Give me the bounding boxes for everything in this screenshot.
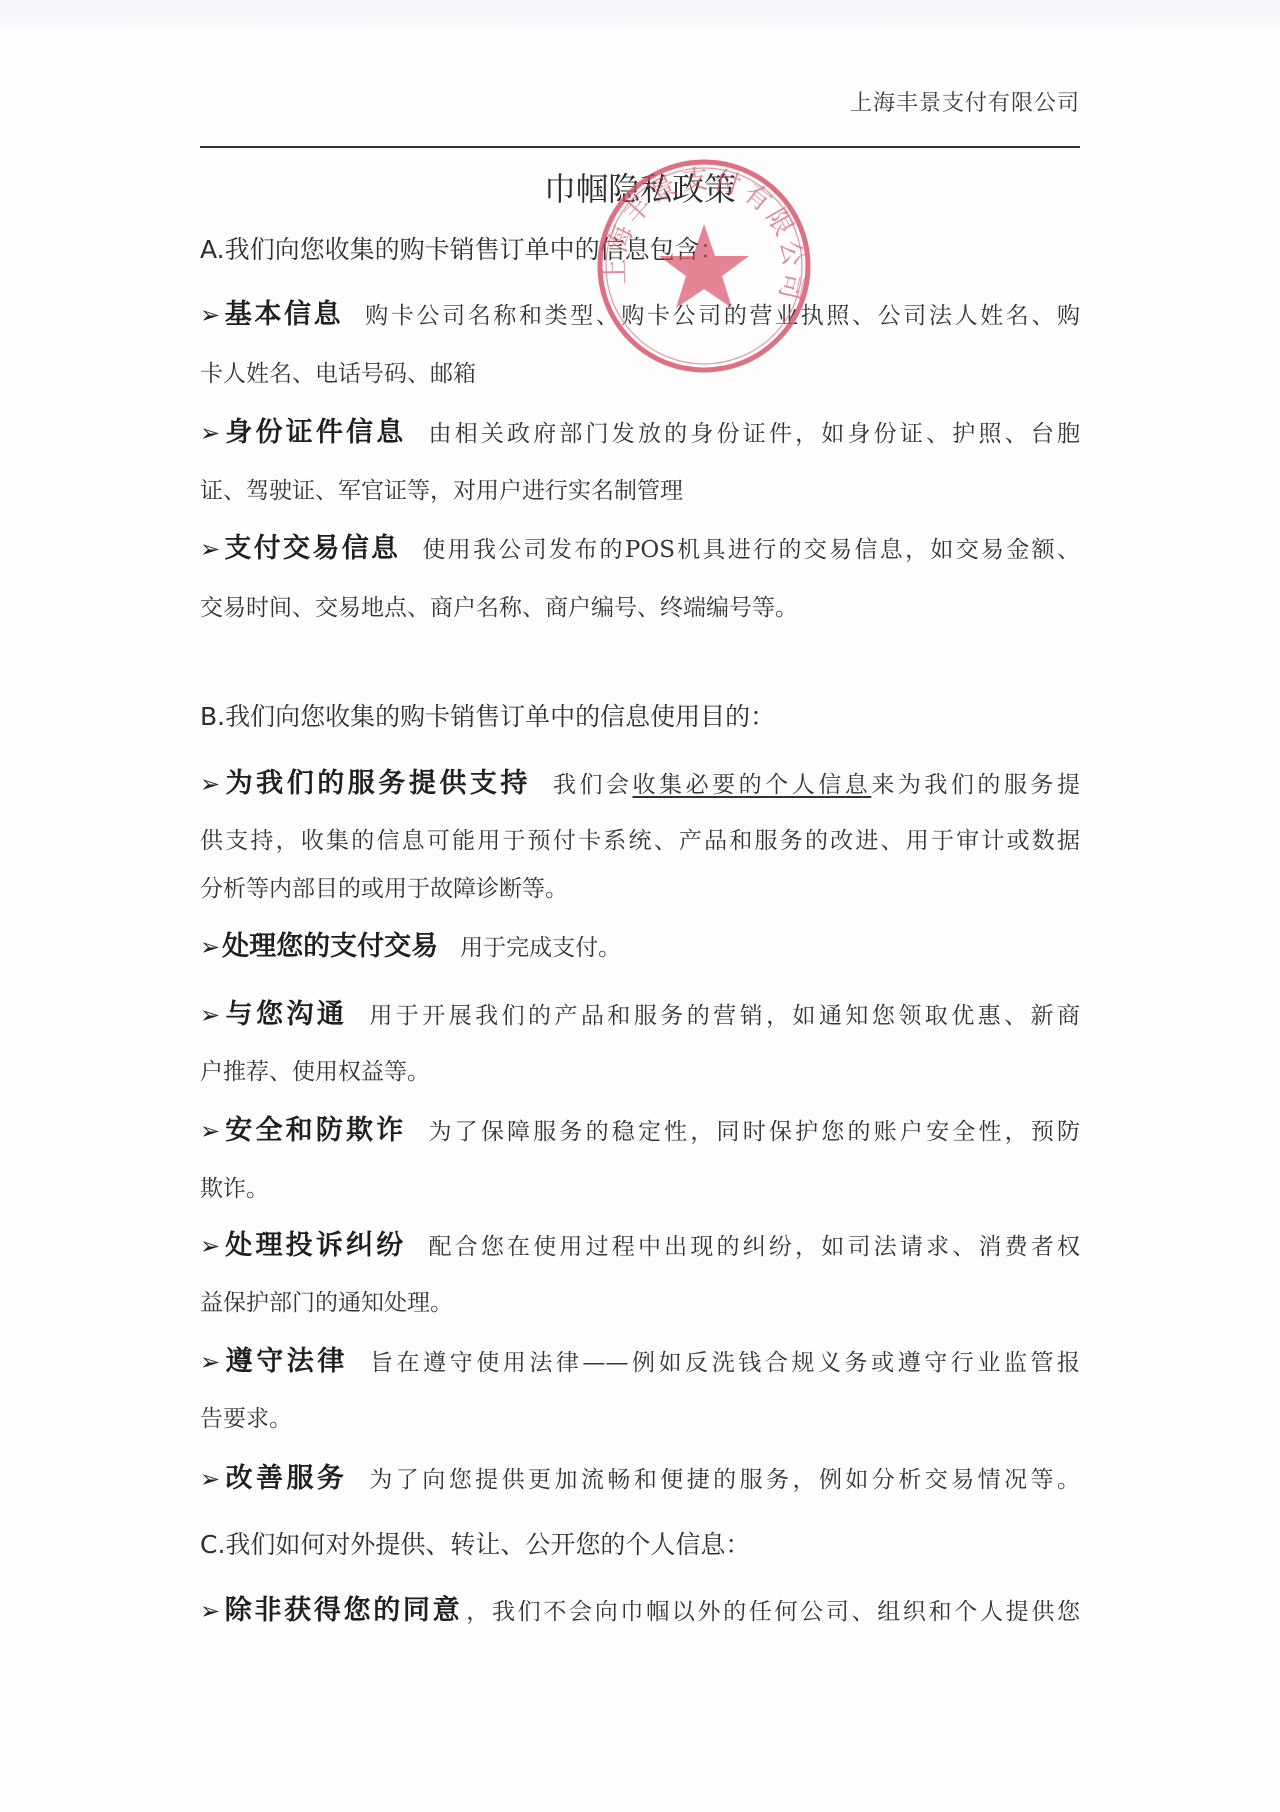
document-title: 巾帼隐私政策 xyxy=(0,164,1280,210)
arrow-bullet-icon: ➢ xyxy=(200,1232,220,1260)
list-item: ➢支付交易信息使用我公司发布的POS机具进行的交易信息，如交易金额、 xyxy=(200,531,1080,567)
item-text-continuation: 交易时间、交易地点、商户名称、商户编号、终端编号等。 xyxy=(200,590,1080,626)
section-a-heading: A.我们向您收集的购卡销售订单中的信息包含： xyxy=(200,232,1080,268)
underlined-text: 收集必要的个人信息 xyxy=(633,772,872,798)
list-item: ➢遵守法律旨在遵守使用法律——例如反洗钱合规义务或遵守行业监管报 xyxy=(200,1344,1080,1380)
item-title: 除非获得您的同意 xyxy=(222,1595,462,1626)
list-item: ➢处理投诉纠纷配合您在使用过程中出现的纠纷，如司法请求、消费者权 xyxy=(200,1228,1080,1264)
item-text: 我们会 xyxy=(553,772,633,798)
item-text: 用于完成支付。 xyxy=(460,935,621,961)
item-text: 为了保障服务的稳定性，同时保护您的账户安全性，预防 xyxy=(428,1119,1080,1145)
arrow-bullet-icon: ➢ xyxy=(200,535,220,563)
arrow-bullet-icon: ➢ xyxy=(200,1117,220,1145)
arrow-bullet-icon: ➢ xyxy=(200,419,220,447)
item-title: 处理您的支付交易 xyxy=(222,931,438,962)
list-item: ➢身份证件信息由相关政府部门发放的身份证件，如身份证、护照、台胞 xyxy=(200,415,1080,451)
list-item: ➢处理您的支付交易用于完成支付。 xyxy=(200,929,1080,965)
item-text-continuation: 卡人姓名、电话号码、邮箱 xyxy=(200,356,1080,392)
item-text: 配合您在使用过程中出现的纠纷，如司法请求、消费者权 xyxy=(428,1234,1080,1260)
item-text-continuation: 分析等内部目的或用于故障诊断等。 xyxy=(200,871,1080,907)
item-title: 基本信息 xyxy=(222,299,343,330)
list-item: ➢为我们的服务提供支持我们会收集必要的个人信息来为我们的服务提 xyxy=(200,766,1080,802)
list-item: ➢基本信息购卡公司名称和类型、购卡公司的营业执照、公司法人姓名、购 xyxy=(200,297,1080,333)
list-item: ➢改善服务为了向您提供更加流畅和便捷的服务，例如分析交易情况等。 xyxy=(200,1461,1080,1497)
item-title: 遵守法律 xyxy=(222,1346,348,1377)
item-text: 来为我们的服务提 xyxy=(871,772,1080,798)
item-title: 改善服务 xyxy=(222,1463,347,1494)
item-title: 处理投诉纠纷 xyxy=(222,1230,406,1261)
header-divider xyxy=(200,146,1080,148)
item-text-continuation: 告要求。 xyxy=(200,1401,1080,1437)
list-item: ➢与您沟通用于开展我们的产品和服务的营销，如通知您领取优惠、新商 xyxy=(200,997,1080,1033)
item-text: 为了向您提供更加流畅和便捷的服务，例如分析交易情况等。 xyxy=(369,1467,1080,1493)
item-title: 支付交易信息 xyxy=(222,533,400,564)
item-text: ，我们不会向巾帼以外的任何公司、组织和个人提供您 xyxy=(466,1599,1080,1625)
arrow-bullet-icon: ➢ xyxy=(200,1001,220,1029)
list-item: ➢安全和防欺诈为了保障服务的稳定性，同时保护您的账户安全性，预防 xyxy=(200,1113,1080,1149)
section-c-heading: C.我们如何对外提供、转让、公开您的个人信息： xyxy=(200,1527,1080,1563)
item-text: 旨在遵守使用法律——例如反洗钱合规义务或遵守行业监管报 xyxy=(370,1350,1080,1376)
item-text: 用于开展我们的产品和服务的营销，如通知您领取优惠、新商 xyxy=(369,1003,1080,1029)
arrow-bullet-icon: ➢ xyxy=(200,770,220,798)
item-title: 安全和防欺诈 xyxy=(222,1115,406,1146)
item-title: 与您沟通 xyxy=(222,999,347,1030)
list-item: ➢除非获得您的同意，我们不会向巾帼以外的任何公司、组织和个人提供您 xyxy=(200,1593,1080,1629)
arrow-bullet-icon: ➢ xyxy=(200,933,220,961)
item-text: 使用我公司发布的POS机具进行的交易信息，如交易金额、 xyxy=(422,537,1080,563)
item-title: 为我们的服务提供支持 xyxy=(222,768,531,799)
arrow-bullet-icon: ➢ xyxy=(200,1465,220,1493)
section-b-heading: B.我们向您收集的购卡销售订单中的信息使用目的： xyxy=(200,699,1080,735)
item-title: 身份证件信息 xyxy=(222,417,406,448)
company-header: 上海丰景支付有限公司 xyxy=(850,86,1080,117)
item-text-continuation: 欺诈。 xyxy=(200,1171,1080,1207)
item-text-continuation: 证、驾驶证、军官证等，对用户进行实名制管理 xyxy=(200,473,1080,509)
scan-edge xyxy=(0,0,1280,40)
item-text-continuation: 益保护部门的通知处理。 xyxy=(200,1285,1080,1321)
item-text-continuation: 供支持，收集的信息可能用于预付卡系统、产品和服务的改进、用于审计或数据 xyxy=(200,823,1080,859)
arrow-bullet-icon: ➢ xyxy=(200,1597,220,1625)
arrow-bullet-icon: ➢ xyxy=(200,301,220,329)
arrow-bullet-icon: ➢ xyxy=(200,1348,220,1376)
item-text-continuation: 户推荐、使用权益等。 xyxy=(200,1054,1080,1090)
item-text: 由相关政府部门发放的身份证件，如身份证、护照、台胞 xyxy=(428,421,1080,447)
item-text: 购卡公司名称和类型、购卡公司的营业执照、公司法人姓名、购 xyxy=(365,303,1080,329)
